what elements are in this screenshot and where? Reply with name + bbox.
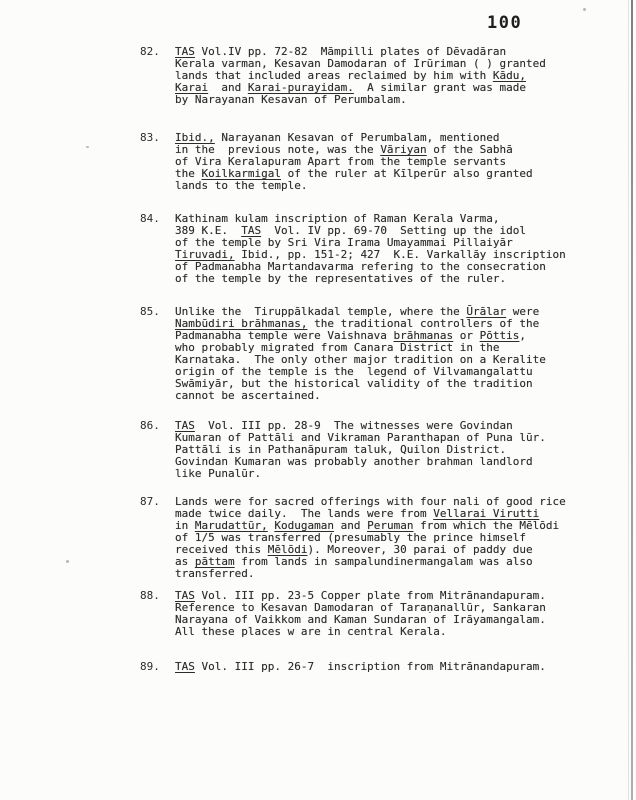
note-item: 88.TAS Vol. III pp. 23-5 Copper plate fr… [140, 590, 546, 638]
note-line: by Narayanan Kesavan of Perumbalam. [175, 94, 546, 106]
note-item: 83.Ibid., Narayanan Kesavan of Perumbala… [140, 132, 533, 192]
note-line: TAS Vol. III pp. 26-7 inscription from M… [175, 661, 546, 673]
note-item: 84.Kathinam kulam inscription of Raman K… [140, 213, 566, 285]
note-number: 89. [140, 661, 160, 673]
note-number: 88. [140, 590, 160, 602]
note-line: lands to the temple. [175, 180, 533, 192]
note-number: 87. [140, 496, 160, 508]
note-text: Ibid., Narayanan Kesavan of Perumbalam, … [175, 132, 533, 192]
note-item: 82.TAS Vol.IV pp. 72-82 Māmpilli plates … [140, 46, 546, 106]
note-line: transferred. [175, 568, 566, 580]
note-text: Lands were for sacred offerings with fou… [175, 496, 566, 580]
note-text: TAS Vol.IV pp. 72-82 Māmpilli plates of … [175, 46, 546, 106]
note-line: like Punalūr. [175, 468, 546, 480]
note-item: 89.TAS Vol. III pp. 26-7 inscription fro… [140, 661, 546, 673]
note-text: Unlike the Tiruppālkadal temple, where t… [175, 306, 546, 402]
note-text: TAS Vol. III pp. 23-5 Copper plate from … [175, 590, 546, 638]
note-number: 86. [140, 420, 160, 432]
note-line: of the temple by the representatives of … [175, 273, 566, 285]
note-text: Kathinam kulam inscription of Raman Kera… [175, 213, 566, 285]
note-number: 85. [140, 306, 160, 318]
note-number: 84. [140, 213, 160, 225]
note-line: cannot be ascertained. [175, 390, 546, 402]
note-number: 83. [140, 132, 160, 144]
note-line: All these places w are in central Kerala… [175, 626, 546, 638]
notes-list: 82.TAS Vol.IV pp. 72-82 Māmpilli plates … [0, 0, 636, 800]
note-text: TAS Vol. III pp. 26-7 inscription from M… [175, 661, 546, 673]
note-item: 86.TAS Vol. III pp. 28-9 The witnesses w… [140, 420, 546, 480]
note-text: TAS Vol. III pp. 28-9 The witnesses were… [175, 420, 546, 480]
scanned-document-page: 100 82.TAS Vol.IV pp. 72-82 Māmpilli pla… [0, 0, 636, 800]
note-number: 82. [140, 46, 160, 58]
note-item: 85.Unlike the Tiruppālkadal temple, wher… [140, 306, 546, 402]
note-item: 87.Lands were for sacred offerings with … [140, 496, 566, 580]
